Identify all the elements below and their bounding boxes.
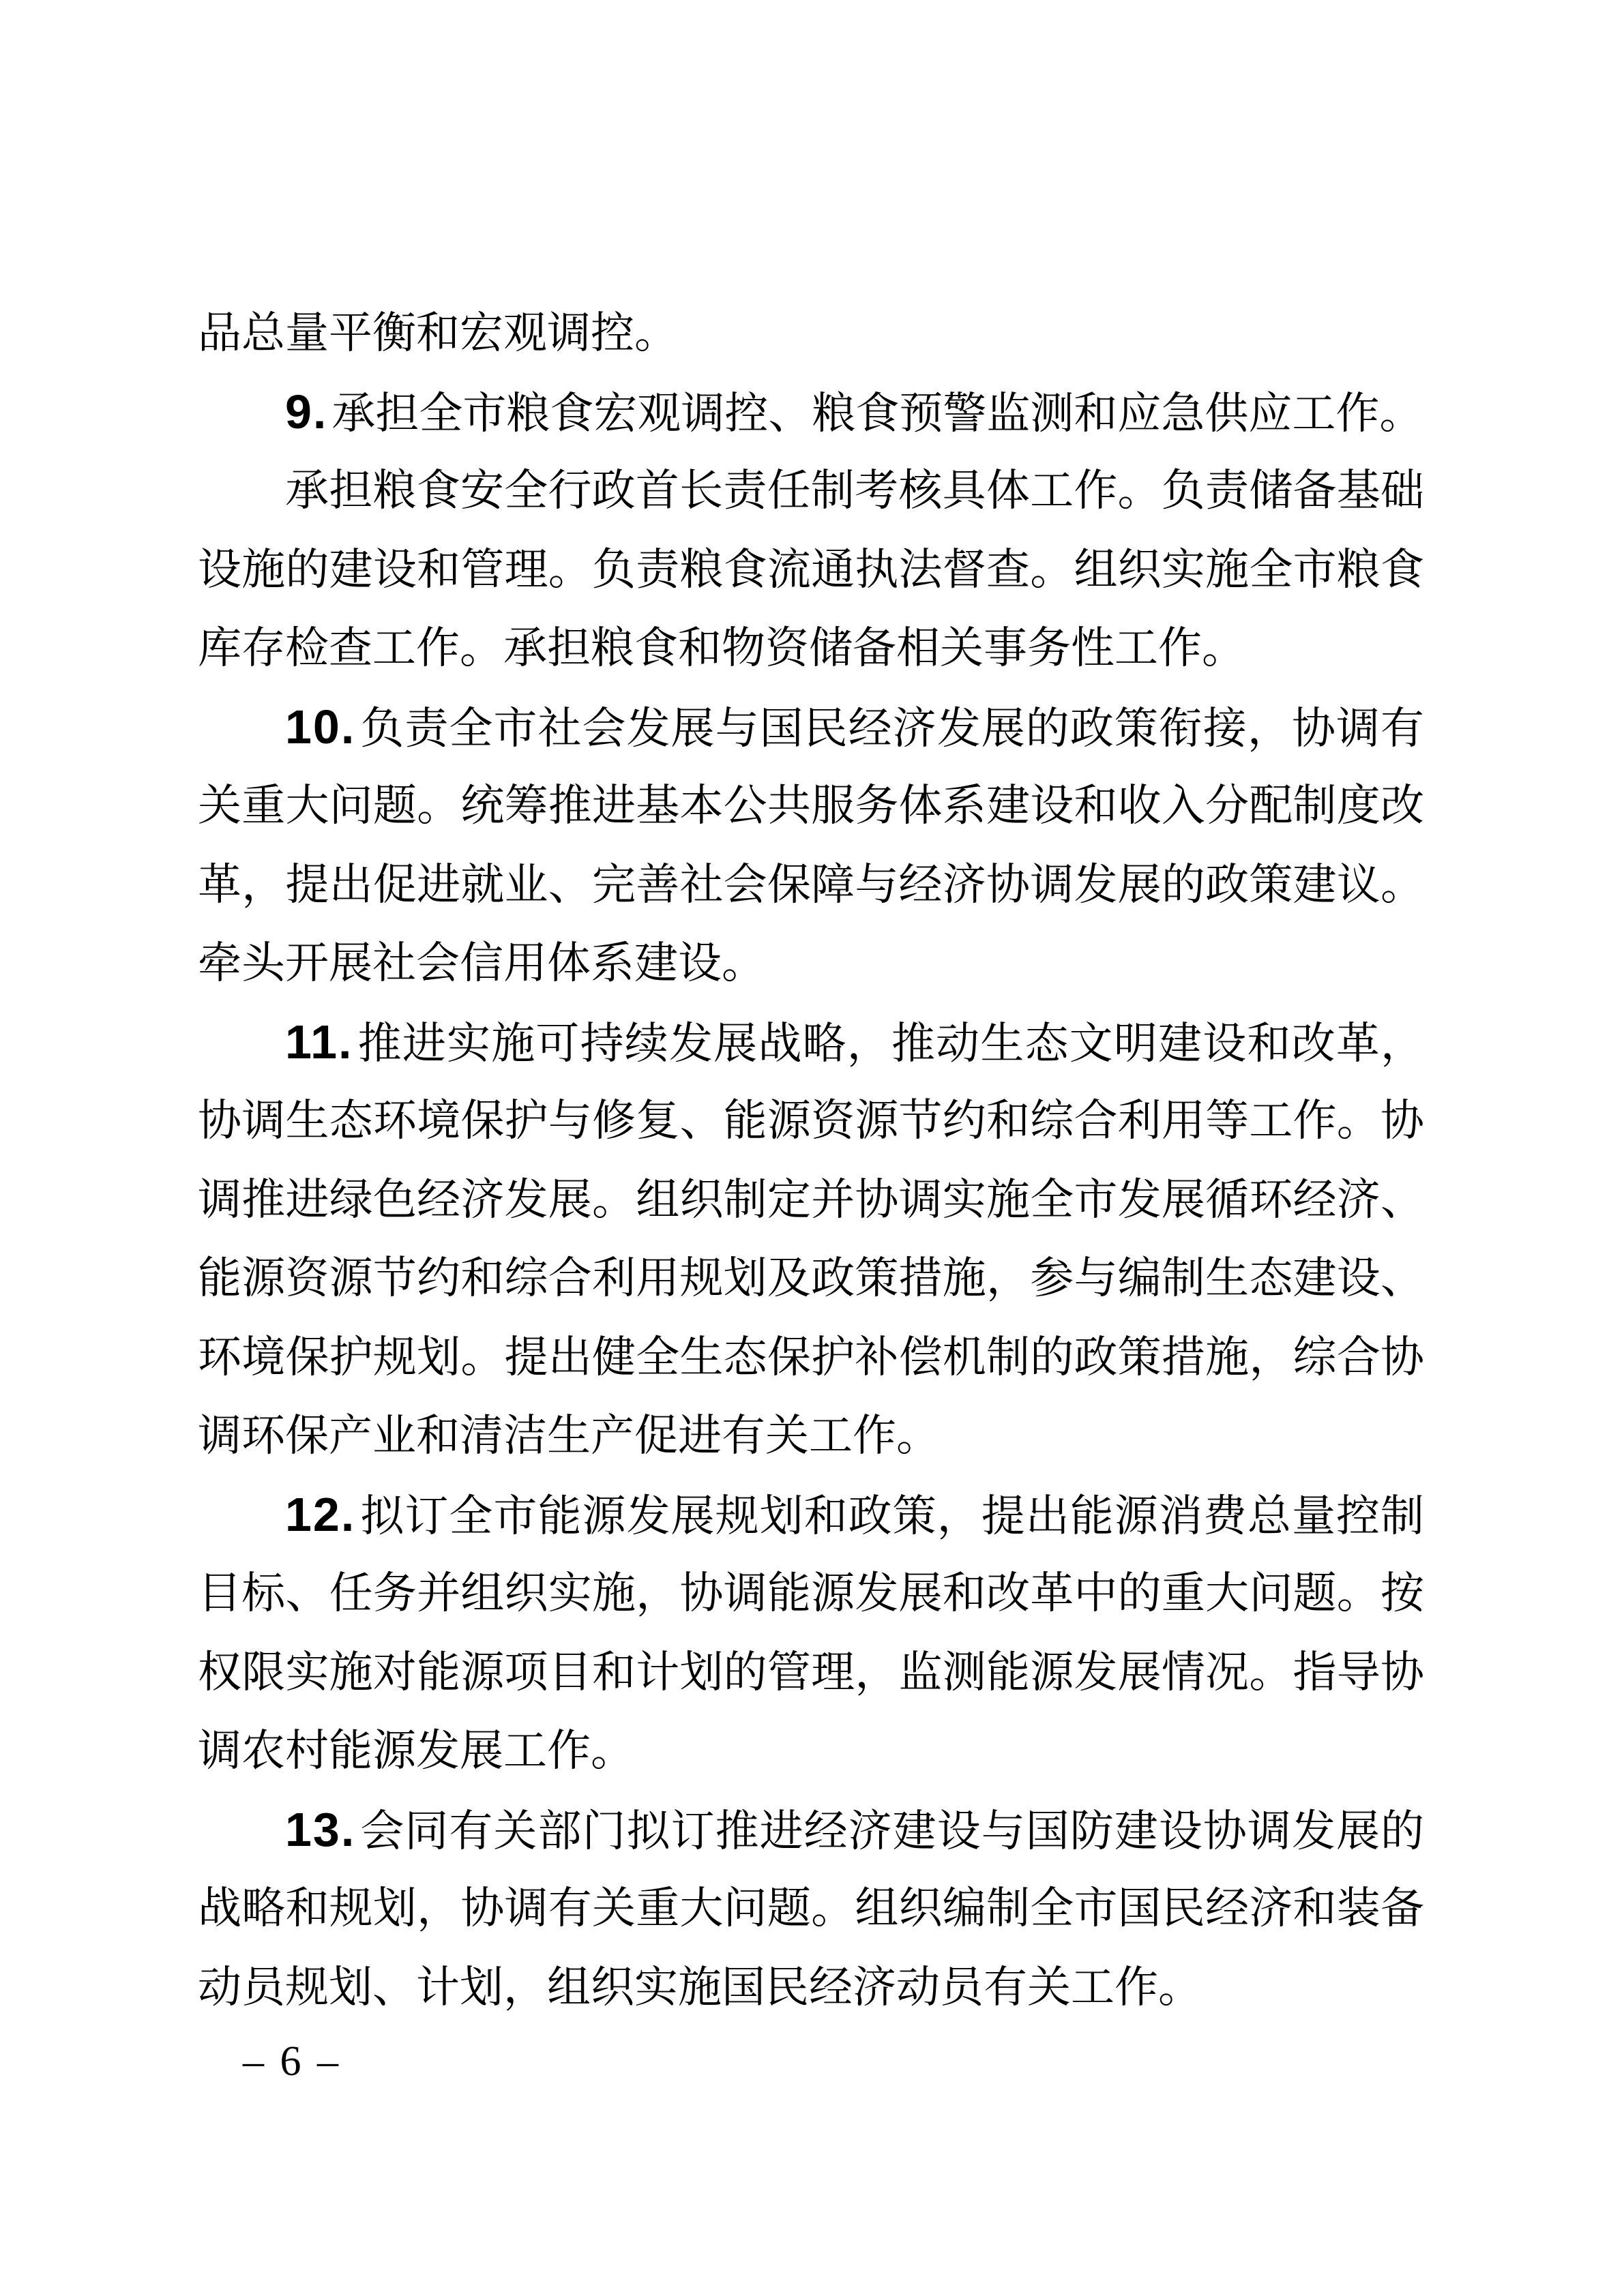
text-line: 关重大问题。统筹推进基本公共服务体系建设和收入分配制度改: [198, 766, 1424, 846]
text-line: 目标、任务并组织实施，协调能源发展和改革中的重大问题。按: [198, 1554, 1424, 1633]
text-line: 权限实施对能源项目和计划的管理，监测能源发展情况。指导协: [198, 1633, 1424, 1712]
line-text: 拟订全市能源发展规划和政策，提出能源消费总量控制: [359, 1492, 1424, 1540]
line-text: 承担全市粮食宏观调控、粮食预警监测和应急供应工作。: [331, 389, 1423, 438]
text-line: 战略和规划，协调有关重大问题。组织编制全市国民经济和装备: [198, 1869, 1424, 1948]
text-line: 协调生态环境保护与修复、能源资源节约和综合利用等工作。协: [198, 1082, 1424, 1161]
text-line: 12.拟订全市能源发展规划和政策，提出能源消费总量控制: [198, 1476, 1424, 1555]
text-line: 库存检查工作。承担粮食和物资储备相关事务性工作。: [198, 609, 1424, 688]
text-line: 牵头开展社会信用体系建设。: [198, 924, 1424, 1003]
text-line: 13.会同有关部门拟订推进经济建设与国防建设协调发展的: [198, 1791, 1424, 1870]
text-line: 9.承担全市粮食宏观调控、粮食预警监测和应急供应工作。: [198, 373, 1424, 452]
line-text: 负责全市社会发展与国民经济发展的政策衔接，协调有: [359, 704, 1424, 753]
text-line: 11.推进实施可持续发展战略，推动生态文明建设和改革，: [198, 1003, 1424, 1082]
document-page: 品总量平衡和宏观调控。9.承担全市粮食宏观调控、粮食预警监测和应急供应工作。承担…: [0, 0, 1624, 2296]
text-line: 设施的建设和管理。负责粮食流通执法督查。组织实施全市粮食: [198, 531, 1424, 610]
text-line: 10.负责全市社会发展与国民经济发展的政策衔接，协调有: [198, 688, 1424, 767]
line-text: 会同有关部门拟订推进经济建设与国防建设协调发展的: [359, 1807, 1424, 1855]
text-line: 调农村能源发展工作。: [198, 1712, 1424, 1791]
scanned-document-page: { "document": { "background": "#ffffff",…: [0, 0, 1624, 2296]
text-line: 动员规划、计划，组织实施国民经济动员有关工作。: [198, 1948, 1424, 2027]
list-number: 10.: [285, 700, 359, 754]
document-body: 品总量平衡和宏观调控。9.承担全市粮食宏观调控、粮食预警监测和应急供应工作。承担…: [198, 294, 1424, 2027]
line-text: 推进实施可持续发展战略，推动生态文明建设和改革，: [357, 1019, 1424, 1068]
list-number: 9.: [285, 385, 331, 438]
text-line: 调环保产业和清洁生产促进有关工作。: [198, 1397, 1424, 1476]
list-number: 12.: [285, 1488, 359, 1541]
page-number: – 6 –: [243, 2040, 341, 2083]
text-line: 能源资源节约和综合利用规划及政策措施，参与编制生态建设、: [198, 1239, 1424, 1318]
text-line: 品总量平衡和宏观调控。: [198, 294, 1424, 373]
list-number: 13.: [285, 1803, 359, 1856]
text-line: 环境保护规划。提出健全生态保护补偿机制的政策措施，综合协: [198, 1318, 1424, 1397]
list-number: 11.: [285, 1015, 357, 1069]
text-line: 调推进绿色经济发展。组织制定并协调实施全市发展循环经济、: [198, 1161, 1424, 1240]
text-line: 革，提出促进就业、完善社会保障与经济协调发展的政策建议。: [198, 846, 1424, 925]
text-line: 承担粮食安全行政首长责任制考核具体工作。负责储备基础: [198, 451, 1424, 531]
